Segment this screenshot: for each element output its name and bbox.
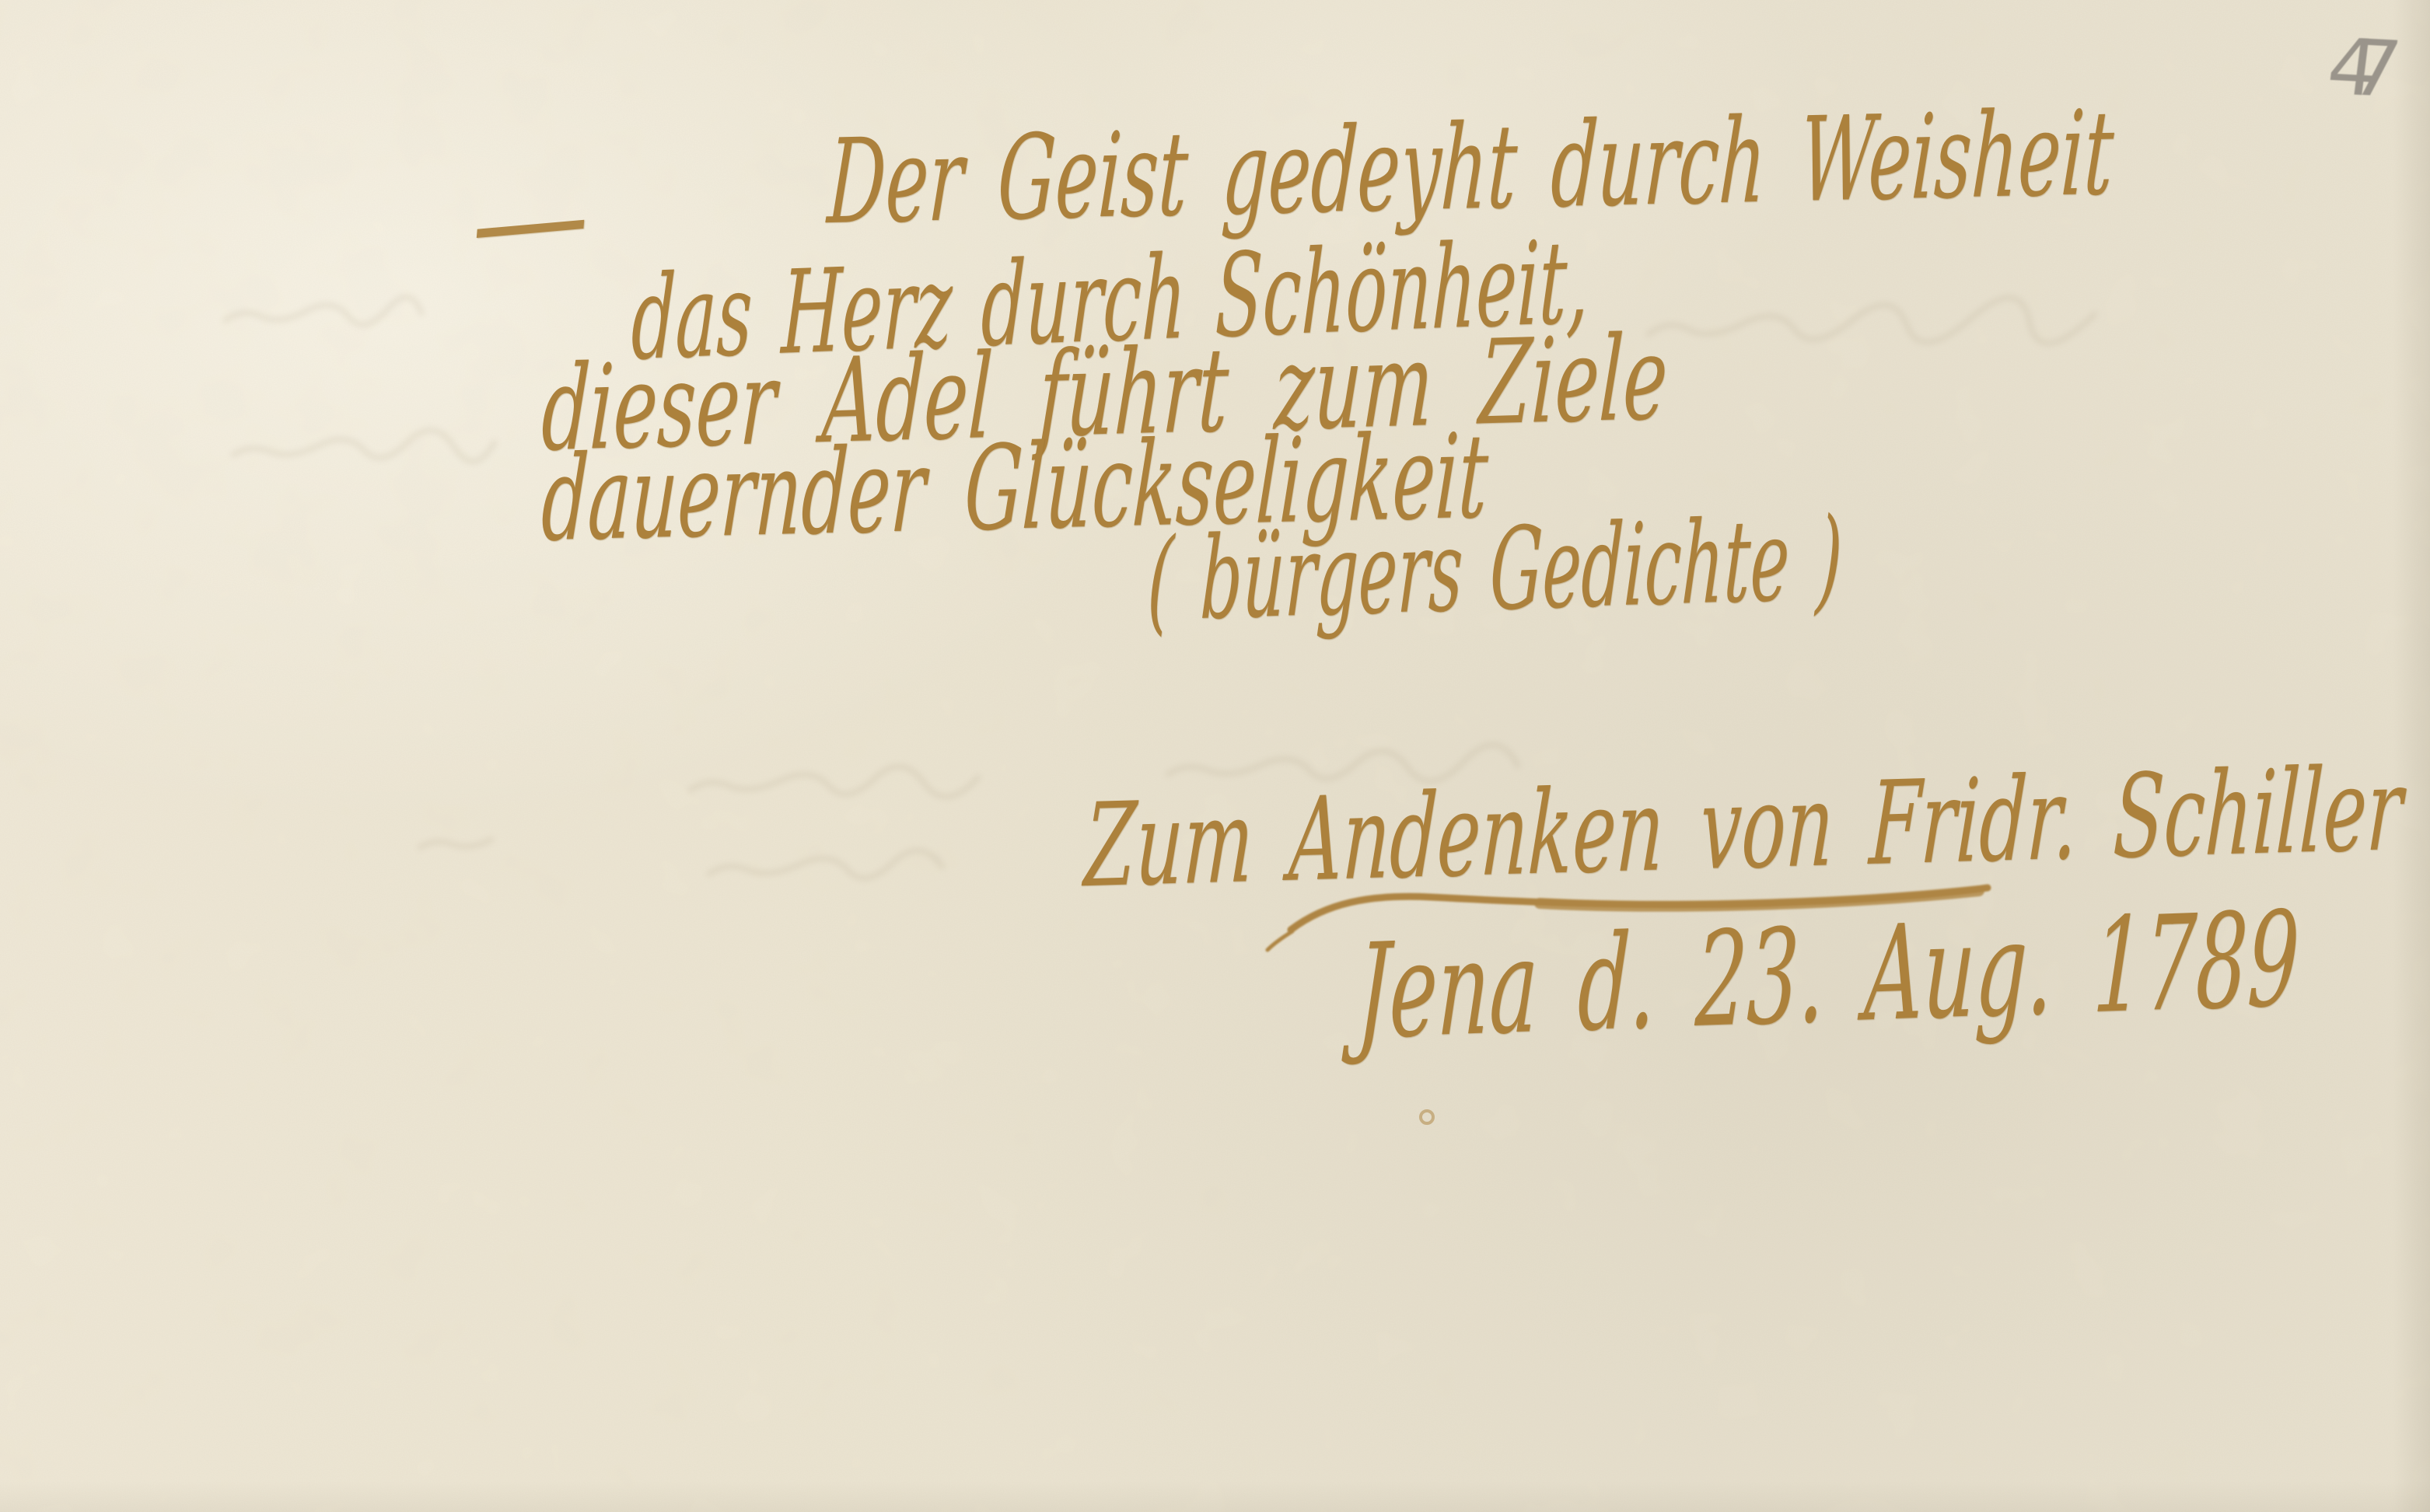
dedication-line: Zum Andenken von Fridr. Schiller	[1082, 752, 2404, 904]
dateline: Jena d. 23. Aug. 1789	[1355, 894, 2301, 1058]
poem-attribution: ( bürgers Gedichte )	[1146, 502, 1844, 637]
manuscript-page: — Der Geist gedeyht durch Weisheit das H…	[0, 0, 2430, 1512]
folio-number: 47	[2323, 28, 2379, 108]
opening-dash: —	[465, 147, 594, 291]
ink-blot	[1421, 1111, 1433, 1123]
